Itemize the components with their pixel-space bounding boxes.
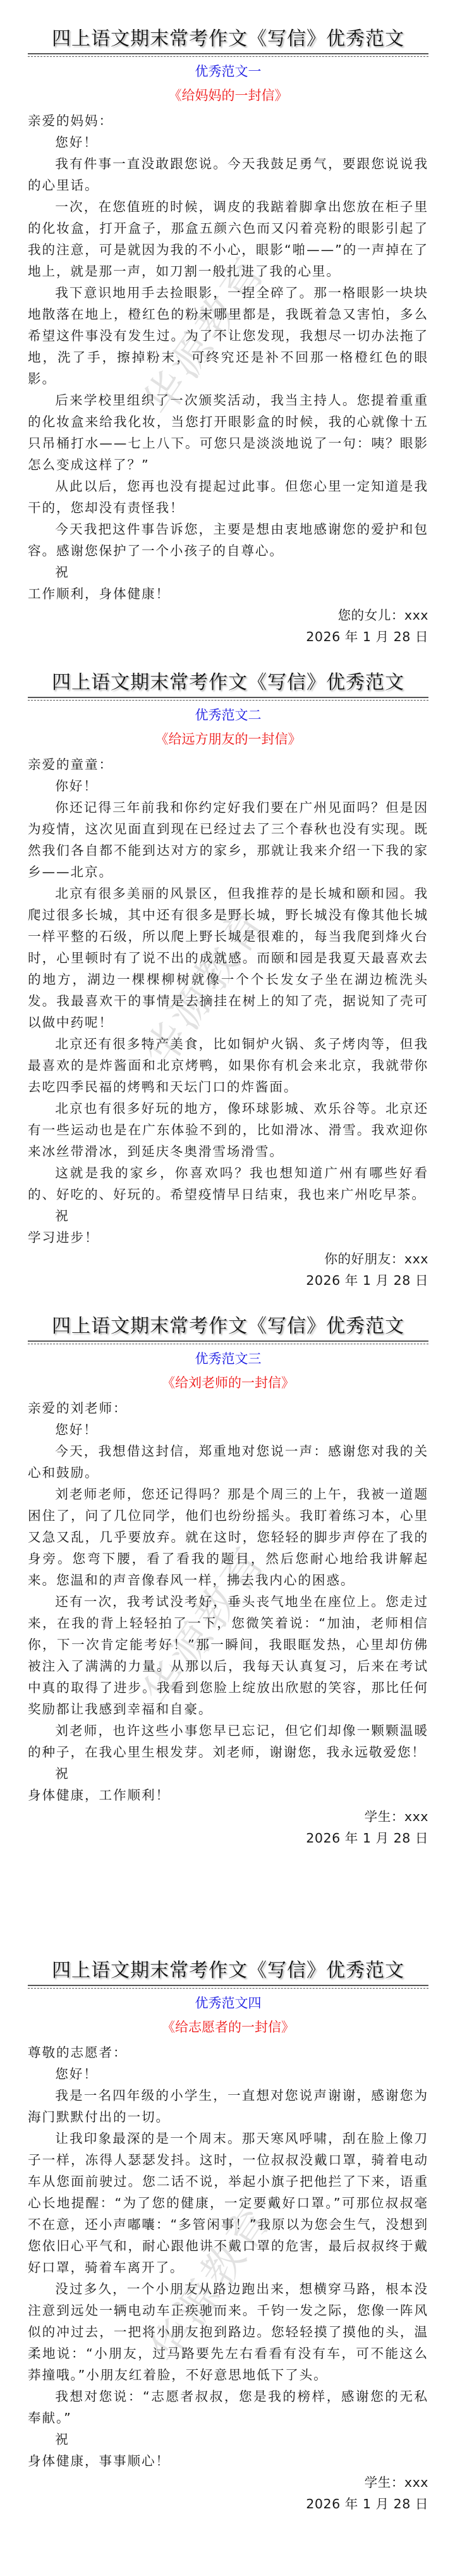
- paragraph: 后来学校里组织了一次颁奖活动，我当主持人。您提着重重的化妆盒来给我化妆，当您打开…: [28, 389, 428, 475]
- paragraph: 我想对您说：“志愿者叔叔，您是我的榜样，感谢您的无私奉献。”: [28, 2386, 428, 2429]
- essay-label: 优秀范文二: [28, 704, 428, 726]
- paragraph: 一次，在您值班的时候，调皮的我踮着脚拿出您放在柜子里的化妆盒，打开盒子，那盒五颜…: [28, 196, 428, 282]
- salutation: 尊敬的志愿者：: [28, 2042, 428, 2063]
- paragraph: 你还记得三年前我和你约定好我们要在广州见面吗？但是因为疫情，这次见面直到现在已经…: [28, 797, 428, 883]
- paragraph: 我有件事一直没敢跟您说。今天我鼓足勇气，要跟您说说我的心里话。: [28, 153, 428, 196]
- date: 2026 年 1 月 28 日: [28, 1827, 428, 1849]
- title-rule: [28, 53, 428, 54]
- closing-zhu: 祝: [28, 561, 428, 583]
- closing-wish: 工作顺利，身体健康！: [28, 583, 428, 604]
- date: 2026 年 1 月 28 日: [28, 1270, 428, 1291]
- greeting: 您好！: [28, 132, 428, 153]
- paragraph: 刘老师老师，您还记得吗？那是个周三的上午，我被一道题困住了，问了几位同学，他们也…: [28, 1483, 428, 1591]
- letter-body: 亲爱的刘老师： 您好！ 今天，我想借这封信，郑重地对您说一声：感谢您对我的关心和…: [28, 1397, 428, 1849]
- title-dashed-rule: [28, 56, 428, 57]
- letter-body: 尊敬的志愿者： 您好！ 我是一名四年级的小学生，一直想对您说声谢谢，感谢您为海门…: [28, 2042, 428, 2515]
- paragraph: 刘老师，也许这些小事您早已忘记，但它们却像一颗颗温暖的种子，在我心里生根发芽。刘…: [28, 1720, 428, 1763]
- greeting: 你好！: [28, 775, 428, 797]
- paragraph: 北京还有很多特产美食，比如铜炉火锅、炙子烤肉等，但我最喜欢的是炸酱面和北京烤鸭，…: [28, 1033, 428, 1098]
- closing-zhu: 祝: [28, 2429, 428, 2450]
- paragraph: 我下意识地用手去捡眼影，一捏全碎了。那一格眼影一块块地散落在地上，橙红色的粉末哪…: [28, 282, 428, 389]
- paragraph: 北京有很多美丽的风景区，但我推荐的是长城和颐和园。我爬过很多长城，其中还有很多是…: [28, 883, 428, 1033]
- essay-label: 优秀范文一: [28, 61, 428, 82]
- essay-label: 优秀范文三: [28, 1348, 428, 1370]
- title-dashed-rule: [28, 700, 428, 701]
- letter-body: 亲爱的童童： 你好！ 你还记得三年前我和你约定好我们要在广州见面吗？但是因为疫情…: [28, 754, 428, 1291]
- closing-zhu: 祝: [28, 1763, 428, 1784]
- signature: 你的好朋友：xxx: [28, 1248, 428, 1270]
- salutation: 亲爱的妈妈：: [28, 110, 428, 132]
- paragraph: 我是一名四年级的小学生，一直想对您说声谢谢，感谢您为海门默默付出的一切。: [28, 2085, 428, 2128]
- salutation: 亲爱的刘老师：: [28, 1397, 428, 1419]
- letter-title: 《给志愿者的一封信》: [28, 2016, 428, 2038]
- closing-wish: 身体健康，事事顺心！: [28, 2450, 428, 2472]
- signature: 学生：xxx: [28, 1806, 428, 1827]
- title-rule: [28, 697, 428, 698]
- greeting: 您好！: [28, 2063, 428, 2085]
- document-title: 四上语文期末常考作文《写信》优秀范文: [28, 670, 428, 696]
- letter-title: 《给远方朋友的一封信》: [28, 728, 428, 750]
- document-title: 四上语文期末常考作文《写信》优秀范文: [28, 27, 428, 52]
- signature: 您的女儿：xxx: [28, 604, 428, 626]
- title-dashed-rule: [28, 1344, 428, 1344]
- title-rule: [28, 1985, 428, 1986]
- paragraph: 今天我把这件事告诉您，主要是想由衷地感谢您的爱护和包容。感谢您保护了一个小孩子的…: [28, 518, 428, 561]
- closing-wish: 身体健康，工作顺利！: [28, 1784, 428, 1806]
- essay-label: 优秀范文四: [28, 1992, 428, 2014]
- date: 2026 年 1 月 28 日: [28, 2493, 428, 2515]
- greeting: 您好！: [28, 1419, 428, 1440]
- closing-wish: 学习进步！: [28, 1227, 428, 1248]
- date: 2026 年 1 月 28 日: [28, 626, 428, 647]
- letter-title: 《给妈妈的一封信》: [28, 85, 428, 106]
- paragraph: 北京也有很多好玩的地方，像环球影城、欢乐谷等。北京还有一些运动也是在广东体验不到…: [28, 1098, 428, 1162]
- paragraph: 还有一次，我考试没考好，垂头丧气地坐在座位上。您走过来，在我的背上轻轻拍了一下，…: [28, 1591, 428, 1720]
- essay-section-4: 四上语文期末常考作文《写信》优秀范文 优秀范文四 《给志愿者的一封信》 尊敬的志…: [28, 1958, 428, 2515]
- paragraph: 从此以后，您再也没有提起过此事。但您心里一定知道是我干的，您却没有责怪我！: [28, 475, 428, 518]
- closing-zhu: 祝: [28, 1205, 428, 1227]
- paragraph: 没过多久，一个小朋友从路边跑出来，想横穿马路，根本没注意到远处一辆电动车正疾驰而…: [28, 2278, 428, 2386]
- title-dashed-rule: [28, 1988, 428, 1989]
- document-title: 四上语文期末常考作文《写信》优秀范文: [28, 1958, 428, 1984]
- title-rule: [28, 1340, 428, 1342]
- paragraph: 让我印象最深的是一个周末。那天寒风呼啸，刮在脸上像刀子一样，冻得人瑟瑟发抖。这时…: [28, 2128, 428, 2278]
- letter-body: 亲爱的妈妈： 您好！ 我有件事一直没敢跟您说。今天我鼓足勇气，要跟您说说我的心里…: [28, 110, 428, 647]
- essay-section-1: 四上语文期末常考作文《写信》优秀范文 优秀范文一 《给妈妈的一封信》 亲爱的妈妈…: [28, 27, 428, 647]
- letter-title: 《给刘老师的一封信》: [28, 1372, 428, 1394]
- salutation: 亲爱的童童：: [28, 754, 428, 775]
- paragraph: 这就是我的家乡，你喜欢吗？我也想知道广州有哪些好看的、好吃的、好玩的。希望疫情早…: [28, 1162, 428, 1205]
- signature: 学生：xxx: [28, 2472, 428, 2493]
- document-title: 四上语文期末常考作文《写信》优秀范文: [28, 1314, 428, 1339]
- essay-section-2: 四上语文期末常考作文《写信》优秀范文 优秀范文二 《给远方朋友的一封信》 亲爱的…: [28, 670, 428, 1291]
- paragraph: 今天，我想借这封信，郑重地对您说一声：感谢您对我的关心和鼓励。: [28, 1440, 428, 1483]
- essay-section-3: 四上语文期末常考作文《写信》优秀范文 优秀范文三 《给刘老师的一封信》 亲爱的刘…: [28, 1314, 428, 1849]
